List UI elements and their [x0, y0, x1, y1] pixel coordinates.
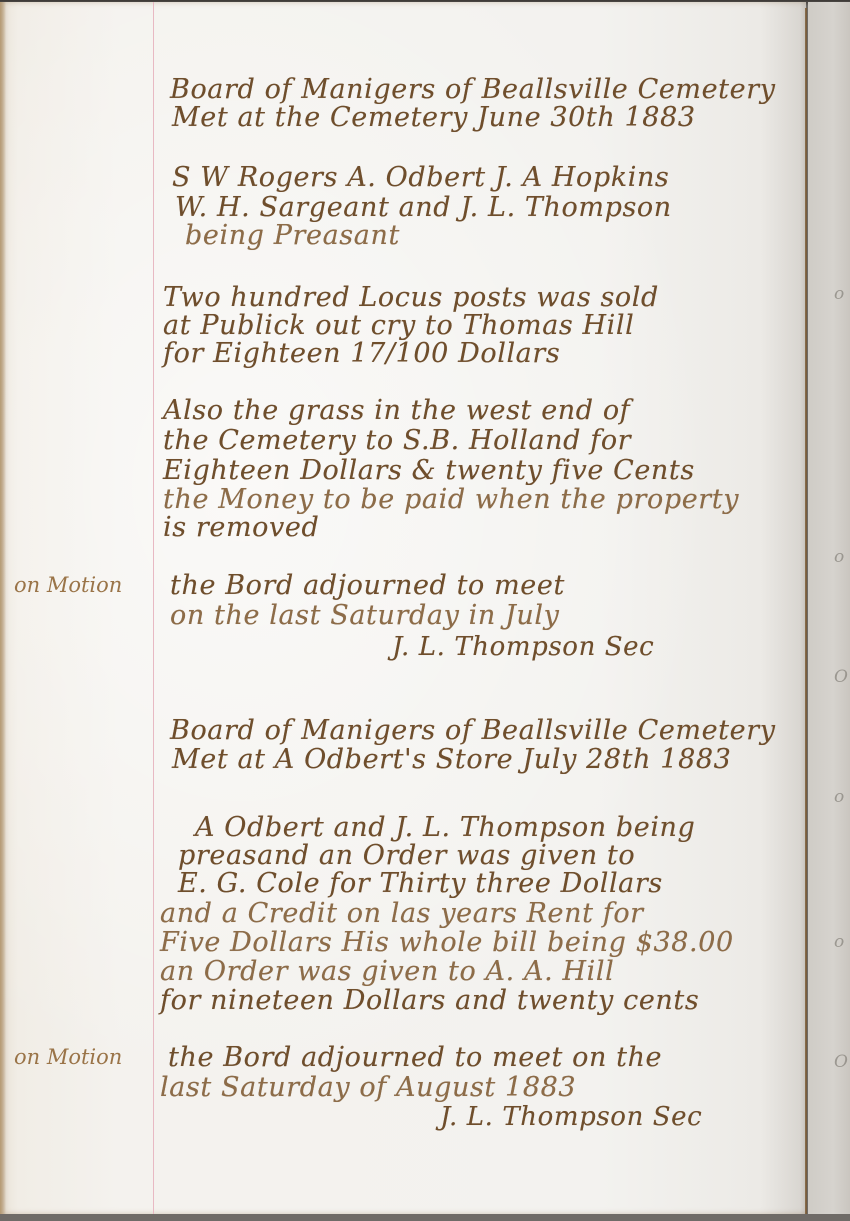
- entry-heading-line: Met at the Cemetery June 30th 1883: [172, 102, 696, 133]
- attendance-line: being Preasant: [185, 220, 400, 251]
- attendance-line: W. H. Sargeant and J. L. Thompson: [175, 192, 672, 223]
- paragraph-line: Five Dollars His whole bill being $38.00: [160, 927, 734, 958]
- adjacent-mark: o: [834, 932, 844, 952]
- entry-heading-line: Board of Manigers of Beallsville Cemeter…: [170, 74, 776, 105]
- paragraph-line: Also the grass in the west end of: [163, 395, 630, 426]
- motion-line: on the last Saturday in July: [170, 600, 560, 631]
- motion-line: the Bord adjourned to meet on the: [168, 1042, 662, 1073]
- motion-line: last Saturday of August 1883: [160, 1072, 576, 1103]
- paragraph-line: and a Credit on las years Rent for: [160, 898, 644, 929]
- attendance-line: S W Rogers A. Odbert J. A Hopkins: [172, 162, 669, 193]
- binding-gutter: [805, 8, 807, 1214]
- adjacent-mark: o: [834, 547, 844, 567]
- paragraph-line: Two hundred Locus posts was sold: [163, 282, 659, 313]
- adjacent-mark: O: [834, 667, 848, 687]
- secretary-signature: J. L. Thompson Sec: [440, 1102, 702, 1132]
- adjacent-mark: o: [834, 787, 844, 807]
- entry-heading-line: Met at A Odbert's Store July 28th 1883: [172, 744, 731, 775]
- adjacent-mark: O: [834, 1052, 848, 1072]
- paragraph-line: for nineteen Dollars and twenty cents: [160, 985, 699, 1016]
- ledger-page: Board of Manigers of Beallsville Cemeter…: [0, 2, 806, 1214]
- margin-rule: [153, 2, 154, 1214]
- secretary-signature: J. L. Thompson Sec: [392, 632, 654, 662]
- page-edge: [0, 2, 6, 1214]
- paragraph-line: for Eighteen 17/100 Dollars: [163, 338, 560, 369]
- paragraph-line: A Odbert and J. L. Thompson being: [195, 812, 695, 843]
- paragraph-line: Eighteen Dollars & twenty five Cents: [163, 455, 695, 486]
- paragraph-line: preasand an Order was given to: [178, 840, 635, 871]
- document-scan: Board of Manigers of Beallsville Cemeter…: [0, 0, 850, 1221]
- adjacent-page-edge: o o O o o O: [808, 2, 850, 1214]
- adjacent-mark: o: [834, 284, 844, 304]
- paragraph-line: an Order was given to A. A. Hill: [160, 956, 614, 987]
- paragraph-line: is removed: [163, 512, 319, 543]
- scan-bottom-edge: [0, 1214, 850, 1221]
- entry-heading-line: Board of Manigers of Beallsville Cemeter…: [170, 715, 776, 746]
- margin-note-on-motion: on Motion: [14, 573, 122, 597]
- margin-note-on-motion: on Motion: [14, 1045, 122, 1069]
- paragraph-line: E. G. Cole for Thirty three Dollars: [178, 868, 663, 899]
- paragraph-line: the Cemetery to S.B. Holland for: [163, 425, 631, 456]
- paragraph-line: at Publick out cry to Thomas Hill: [163, 310, 634, 341]
- motion-line: the Bord adjourned to meet: [170, 570, 565, 601]
- paragraph-line: the Money to be paid when the property: [163, 484, 739, 515]
